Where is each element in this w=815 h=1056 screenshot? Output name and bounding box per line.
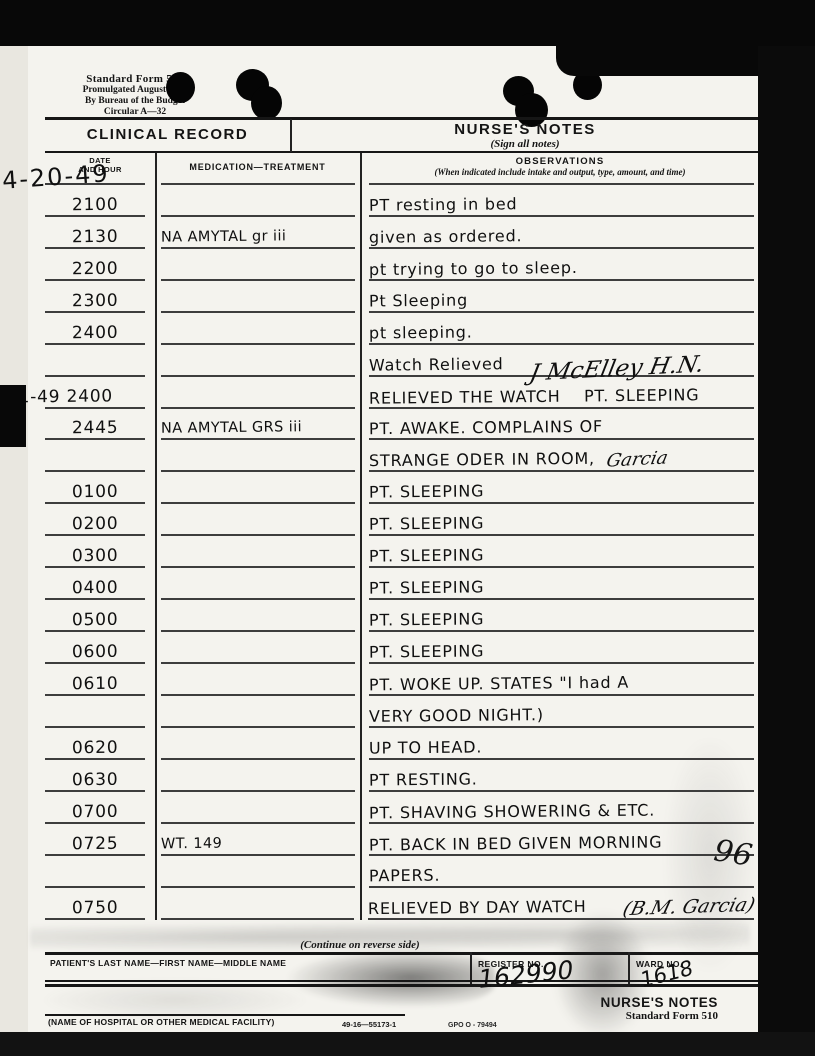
observation-cell: PT. AWAKE. COMPLAINS OF [369, 409, 754, 441]
observation-value: PT. SLEEPING [369, 579, 485, 598]
date-value: 2100 [72, 196, 119, 214]
table-row: 0200PT. SLEEPING [45, 504, 760, 536]
date-cell: 0500 [45, 600, 145, 632]
table-row: 2130NA AMYTAL gr iiigiven as ordered. [45, 217, 760, 249]
observation-value: PT. SHAVING SHOWERING & ETC. [369, 801, 655, 822]
observation-value: UP TO HEAD. [369, 738, 482, 757]
date-value: 2200 [72, 260, 119, 278]
medication-cell: WT. 149 [161, 824, 355, 856]
observation-value: PAPERS. [369, 866, 440, 885]
facility-label: (NAME OF HOSPITAL OR OTHER MEDICAL FACIL… [48, 1017, 275, 1027]
medication-cell [161, 664, 355, 696]
print-code: 49-16—55173-1 [342, 1020, 396, 1029]
table-row: Watch RelievedJ McElley H.N. [45, 345, 760, 377]
medication-cell [161, 345, 355, 377]
medication-cell [161, 472, 355, 504]
table-row: 0610PT. WOKE UP. STATES "I had A [45, 664, 760, 696]
date-value: 0700 [72, 802, 119, 820]
table-row: 0400PT. SLEEPING [45, 568, 760, 600]
observation-cell [369, 153, 754, 185]
date-value: 0500 [72, 611, 119, 629]
observation-value: PT RESTING. [369, 770, 478, 789]
date-cell: 0700 [45, 792, 145, 824]
observation-cell: pt trying to go to sleep. [369, 249, 754, 281]
table-row: 2400pt sleeping. [45, 313, 760, 345]
date-cell: 0300 [45, 536, 145, 568]
date-value: 0750 [71, 898, 118, 916]
date-value: 0400 [72, 579, 119, 597]
scan-border-top [0, 0, 815, 46]
date-cell: -21-49 2400 [45, 377, 145, 409]
notes-table: 2100PT resting in bed2130NA AMYTAL gr ii… [45, 153, 760, 920]
table-row [45, 153, 760, 185]
date-value: 0610 [72, 675, 119, 693]
date-value: 2130 [72, 228, 119, 246]
observation-value: PT. SLEEPING [369, 515, 485, 534]
medication-cell [161, 888, 354, 920]
observation-value: VERY GOOD NIGHT.) [369, 706, 544, 726]
margin-scribble: 96 [711, 833, 754, 874]
date-value: 0725 [72, 834, 119, 852]
medication-cell [161, 185, 355, 217]
date-cell: 0610 [45, 664, 145, 696]
date-cell: 0100 [45, 472, 145, 504]
date-cell: 0750 [45, 888, 145, 920]
observation-value: pt trying to go to sleep. [369, 259, 578, 279]
medication-cell [161, 696, 355, 728]
observation-cell: PT resting in bed [369, 185, 754, 217]
observation-cell: PT. SLEEPING [369, 472, 754, 504]
observation-cell: RELIEVED BY DAY WATCH(B.M. Garcia) [368, 888, 754, 920]
observation-cell: PT. BACK IN BED GIVEN MORNING [369, 824, 754, 856]
observation-cell: PT. SHAVING SHOWERING & ETC. [369, 792, 754, 824]
observation-value: Watch Relieved [369, 355, 504, 374]
medication-cell [161, 440, 355, 472]
date-cell: 0620 [45, 728, 145, 760]
medication-value: WT. 149 [161, 834, 222, 853]
medication-cell [161, 536, 355, 568]
observation-value: RELIEVED THE WATCH PT. SLEEPING [369, 386, 700, 407]
observation-cell: PT. SLEEPING [369, 632, 754, 664]
medication-value: NA AMYTAL gr iii [161, 227, 286, 246]
date-cell: 0725 [45, 824, 145, 856]
gpo-code: GPO O - 79494 [448, 1022, 497, 1029]
observation-cell: PT RESTING. [369, 760, 754, 792]
medication-cell: NA AMYTAL GRS iii [161, 409, 355, 441]
observation-cell: PAPERS. [369, 856, 754, 888]
date-value: 2400 [72, 323, 119, 341]
medication-cell [161, 281, 355, 313]
table-row: 2200pt trying to go to sleep. [45, 249, 760, 281]
medication-cell: NA AMYTAL gr iii [161, 217, 355, 249]
table-row: 0300PT. SLEEPING [45, 536, 760, 568]
table-row: 2100PT resting in bed [45, 185, 760, 217]
date-value: 2445 [72, 419, 119, 437]
ink-blob [251, 86, 282, 120]
observation-value: given as ordered. [369, 227, 523, 247]
date-cell [45, 440, 145, 472]
observation-cell: PT. WOKE UP. STATES "I had A [369, 664, 754, 696]
patient-strip-top-rule [45, 952, 760, 955]
table-row: STRANGE ODER IN ROOM,Garcia [45, 440, 760, 472]
medication-cell [161, 153, 355, 185]
date-cell: 2200 [45, 249, 145, 281]
medication-cell [161, 313, 355, 345]
observation-value: PT. SLEEPING [369, 610, 485, 629]
medication-cell [161, 792, 355, 824]
observation-cell: given as ordered. [369, 217, 754, 249]
observation-value: RELIEVED BY DAY WATCH [367, 897, 586, 917]
continue-note: (Continue on reverse side) [200, 939, 520, 951]
scan-border-bottom [0, 1032, 815, 1056]
medication-cell [161, 632, 355, 664]
table-row: 2300Pt Sleeping [45, 281, 760, 313]
medication-cell [161, 249, 355, 281]
date-cell: 2445 [45, 409, 145, 441]
sign-all-notes-subtitle: (Sign all notes) [290, 138, 760, 151]
observation-cell: PT. SLEEPING [369, 600, 754, 632]
observation-value: PT resting in bed [369, 195, 518, 215]
observation-value: Pt Sleeping [369, 291, 468, 310]
facility-signature-rule [45, 1014, 405, 1016]
medication-cell [161, 568, 355, 600]
date-value: 0200 [72, 515, 119, 533]
redaction-smudge [285, 948, 495, 1008]
date-cell [45, 345, 145, 377]
date-cell [45, 856, 145, 888]
observation-cell: UP TO HEAD. [369, 728, 754, 760]
table-row: 0620UP TO HEAD. [45, 728, 760, 760]
table-row: 0600PT. SLEEPING [45, 632, 760, 664]
nurses-notes-footer: NURSE'S NOTES [540, 995, 718, 1010]
observation-cell: Pt Sleeping [369, 281, 754, 313]
medication-cell [161, 504, 355, 536]
scan-border-right [758, 46, 815, 1040]
observation-value: pt sleeping. [369, 323, 473, 342]
observation-cell: VERY GOOD NIGHT.) [369, 696, 754, 728]
date-cell: 0400 [45, 568, 145, 600]
observation-cell: PT. SLEEPING [369, 536, 754, 568]
table-row: PAPERS. [45, 856, 760, 888]
observation-cell: Watch RelievedJ McElley H.N. [369, 345, 754, 377]
observation-value: PT. SLEEPING [369, 483, 485, 502]
table-row: 0500PT. SLEEPING [45, 600, 760, 632]
scanned-nurses-notes-page: Standard Form 510 Promulgated August 194… [0, 0, 815, 1056]
date-cell: 0200 [45, 504, 145, 536]
signature: (B.M. Garcia) [621, 893, 758, 920]
observation-value: PT. BACK IN BED GIVEN MORNING [369, 833, 663, 854]
date-cell: 0600 [45, 632, 145, 664]
signature: Garcia [604, 448, 669, 472]
date-value: 0100 [72, 483, 119, 501]
table-row: VERY GOOD NIGHT.) [45, 696, 760, 728]
date-cell: 2300 [45, 281, 145, 313]
observation-cell: STRANGE ODER IN ROOM,Garcia [369, 440, 754, 472]
observation-cell: pt sleeping. [369, 313, 754, 345]
scan-border-left-notch [0, 385, 26, 447]
observation-value: PT. SLEEPING [369, 642, 485, 661]
date-value: 0600 [72, 643, 119, 661]
medication-cell [161, 856, 355, 888]
observation-value: PT. WOKE UP. STATES "I had A [369, 674, 629, 695]
date-value: 0620 [72, 739, 119, 757]
nurses-notes-header: NURSE'S NOTES (Sign all notes) [290, 121, 760, 151]
observation-value: STRANGE ODER IN ROOM, [369, 450, 595, 470]
observation-value: PT. AWAKE. COMPLAINS OF [369, 418, 603, 438]
ink-blob [166, 72, 195, 103]
medication-cell [161, 760, 355, 792]
table-row: 0725WT. 149PT. BACK IN BED GIVEN MORNING [45, 824, 760, 856]
date-value: 2300 [72, 291, 119, 309]
observation-cell: PT. SLEEPING [369, 568, 754, 600]
date-cell: 0630 [45, 760, 145, 792]
medication-value: NA AMYTAL GRS iii [161, 419, 302, 438]
table-row: 0750RELIEVED BY DAY WATCH(B.M. Garcia) [45, 888, 760, 920]
observation-cell: PT. SLEEPING [369, 504, 754, 536]
table-row: 0700PT. SHAVING SHOWERING & ETC. [45, 792, 760, 824]
observation-value: PT. SLEEPING [369, 547, 485, 566]
nurses-notes-title: NURSE'S NOTES [290, 121, 760, 138]
medication-cell [161, 728, 355, 760]
table-row: 0100PT. SLEEPING [45, 472, 760, 504]
date-cell: 2130 [45, 217, 145, 249]
clinical-record-title: CLINICAL RECORD [45, 126, 290, 143]
table-row: 2445NA AMYTAL GRS iiiPT. AWAKE. COMPLAIN… [45, 409, 760, 441]
table-row: 0630PT RESTING. [45, 760, 760, 792]
paper-sheet: Standard Form 510 Promulgated August 194… [0, 0, 762, 1032]
patient-name-label: PATIENT'S LAST NAME—FIRST NAME—MIDDLE NA… [50, 958, 286, 968]
date-cell [45, 696, 145, 728]
standard-form-footer: Standard Form 510 [540, 1010, 718, 1022]
date-value: 0630 [72, 771, 119, 789]
date-cell: 2400 [45, 313, 145, 345]
table-row: -21-49 2400RELIEVED THE WATCH PT. SLEEPI… [45, 377, 760, 409]
header-top-rule [45, 117, 760, 120]
medication-cell [161, 377, 355, 409]
medication-cell [161, 600, 355, 632]
date-value: 0300 [72, 547, 119, 565]
observation-cell: RELIEVED THE WATCH PT. SLEEPING [369, 377, 754, 409]
